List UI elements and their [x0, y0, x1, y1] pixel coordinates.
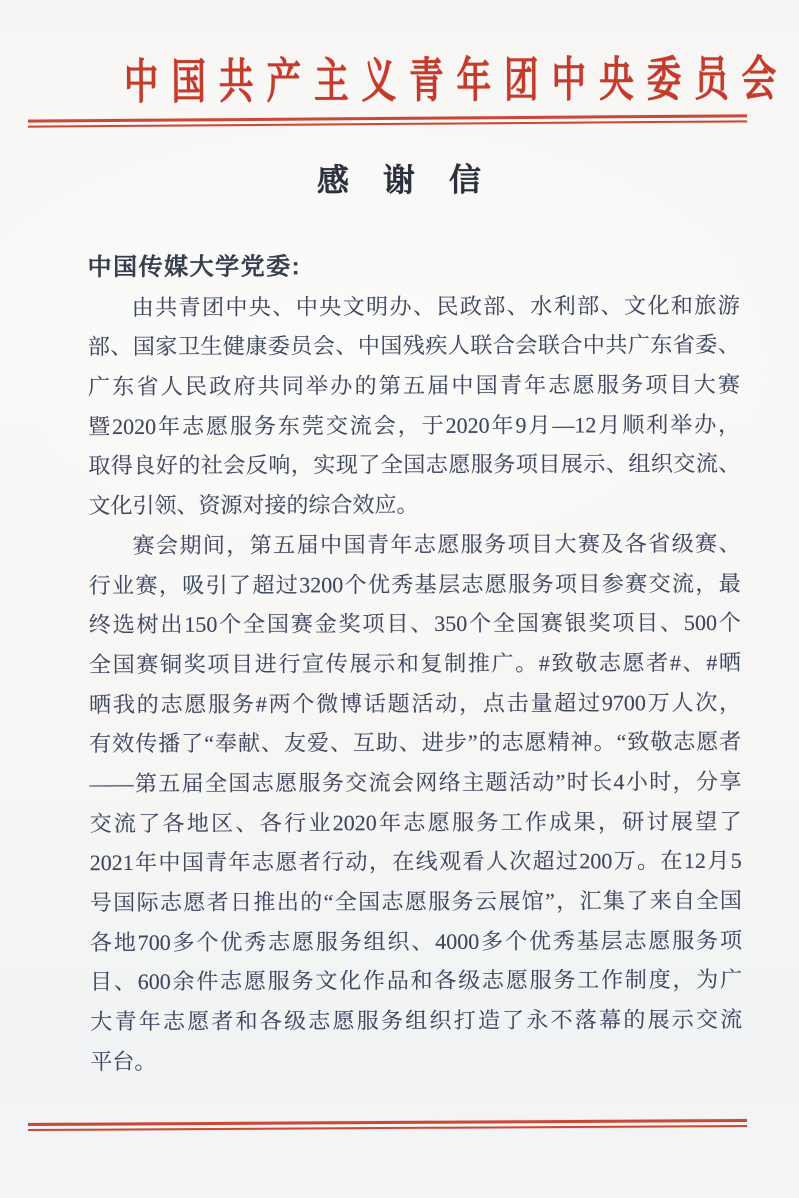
body-line: 有效传播了“奉献、友爱、互助、进步”的志愿精神。“致敬志愿者 [89, 722, 741, 764]
body-line: 终选树出150个全国赛金奖项目、350个全国赛银奖项目、500个 [89, 603, 741, 645]
body-line: 晒我的志愿服务#两个微博话题活动，点击量超过9700万人次， [89, 682, 741, 724]
paragraph-1: 由共青团中央、中央文明办、民政部、水利部、文化和旅游 部、国家卫生健康委员会、中… [88, 286, 741, 526]
footer-rule [28, 1119, 747, 1131]
body-line: 大青年志愿者和各级志愿服务组织打造了永不落幕的展示交流 [90, 1000, 742, 1042]
body-line: 取得良好的社会反响，实现了全国志愿服务项目展示、组织交流、 [88, 444, 740, 486]
body-line: 赛会期间，第五届中国青年志愿服务项目大赛及各省级赛、 [89, 524, 741, 566]
salutation: 中国传媒大学党委: [88, 246, 740, 288]
letter-body: 中国传媒大学党委: 由共青团中央、中央文明办、民政部、水利部、文化和旅游 部、国… [88, 246, 743, 1082]
body-line: 行业赛，吸引了超过3200个优秀基层志愿服务项目参赛交流，最 [89, 563, 741, 605]
document-title: 感 谢 信 [0, 153, 799, 202]
body-line: 号国际志愿者日推出的“全国志愿服务云展馆”，汇集了来自全国 [90, 881, 742, 923]
body-line: 文化引领、资源对接的综合效应。 [88, 484, 740, 526]
letterhead-org-name: 中国共产主义青年团中央委员会 [114, 40, 700, 112]
body-line: 由共青团中央、中央文明办、民政部、水利部、文化和旅游 [88, 286, 740, 328]
body-line: 部、国家卫生健康委员会、中国残疾人联合会联合中共广东省委、 [88, 325, 740, 367]
body-line: 广东省人民政府共同举办的第五届中国青年志愿服务项目大赛 [88, 365, 740, 407]
body-line: 交流了各地区、各行业2020年志愿服务工作成果，研讨展望了 [89, 801, 741, 843]
body-line: 平台。 [90, 1040, 742, 1082]
body-line: 目、600余件志愿服务文化作品和各级志愿服务工作制度，为广 [90, 960, 742, 1002]
body-line: 全国赛铜奖项目进行宣传展示和复制推广。#致敬志愿者#、#晒 [89, 643, 741, 685]
letter-page: 中国共产主义青年团中央委员会 感 谢 信 中国传媒大学党委: 由共青团中央、中央… [0, 0, 799, 1198]
body-line: 暨2020年志愿服务东莞交流会，于2020年9月—12月顺利举办， [88, 405, 740, 447]
paragraph-2: 赛会期间，第五届中国青年志愿服务项目大赛及各省级赛、 行业赛，吸引了超过3200… [89, 524, 743, 1082]
letterhead-rule [28, 114, 747, 127]
body-line: 各地700多个优秀志愿服务组织、4000多个优秀基层志愿服务项 [90, 921, 742, 963]
body-line: 2021年中国青年志愿者行动，在线观看人次超过200万。在12月5 [90, 841, 742, 883]
body-line: ——第五届全国志愿服务交流会网络主题活动”时长4小时，分享 [89, 762, 741, 804]
